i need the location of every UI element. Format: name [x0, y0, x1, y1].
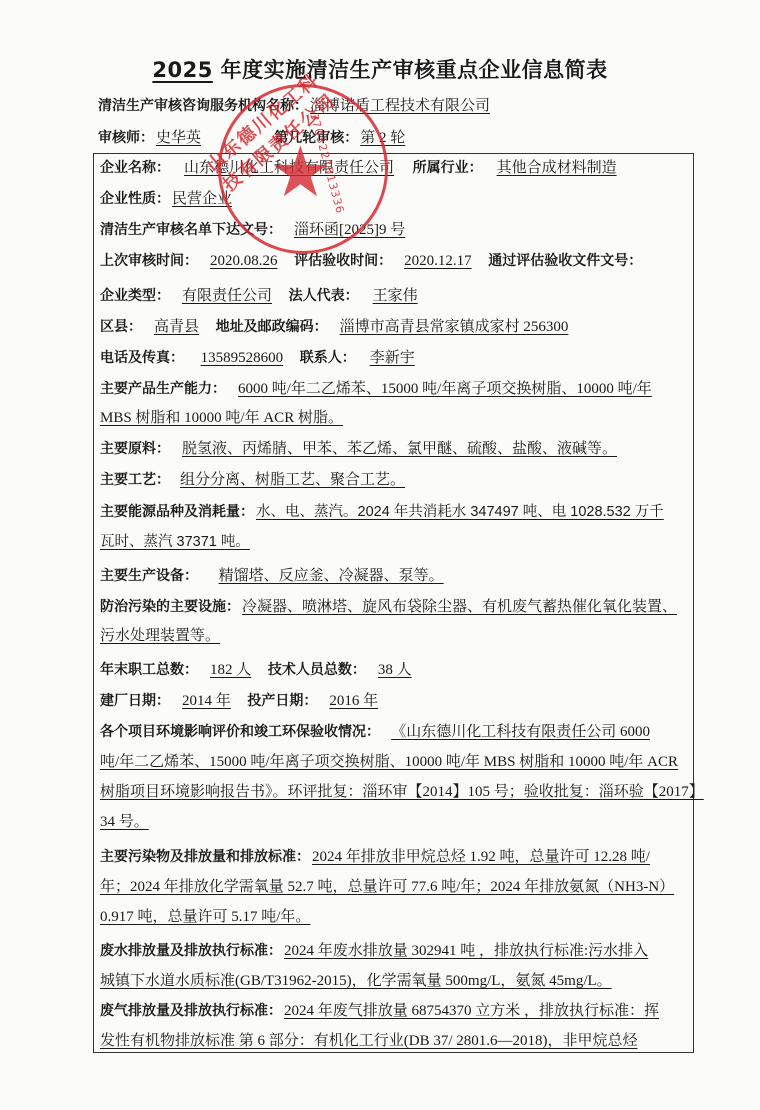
auditor-value: 史华英	[154, 130, 203, 146]
title-text: 年度实施清洁生产审核重点企业信息简表	[213, 58, 608, 82]
materials-row: 主要原料：脱氢液、丙烯腈、甲苯、苯乙烯、氯甲醚、硫酸、盐酸、液碱等。	[100, 439, 629, 459]
accept-time-label: 评估验收时间：	[294, 253, 392, 269]
pollution-facility-row-2: 污水处理装置等。	[100, 626, 232, 646]
industry: 其他合成材料制造	[483, 160, 631, 176]
pollutants-row: 主要污染物及排放量和排放标准：2024 年排放非甲烷总烃 1.92 吨，总量许可…	[100, 847, 652, 867]
legal-rep: 王家伟	[359, 288, 432, 304]
round-value: 第 2 轮	[358, 130, 407, 146]
equipment-label: 主要生产设备：	[100, 568, 198, 584]
tech-staff: 38 人	[366, 662, 424, 678]
energy-row: 主要能源品种及消耗量：水、电、蒸汽。2024 年共消耗水 347497 吨、电 …	[100, 502, 666, 522]
nature-label: 企业性质：	[100, 191, 170, 207]
tech-staff-label: 技术人员总数：	[268, 662, 366, 678]
process-row: 主要工艺：组分分离、树脂工艺、聚合工艺。	[100, 470, 415, 490]
operation: 2016 年	[317, 693, 390, 709]
equipment-row: 主要生产设备： 精馏塔、反应釜、冷凝器、泵等。	[100, 566, 460, 586]
phone-row: 电话及传真： 13589528600 联系人：李新宇	[100, 348, 429, 368]
company-row: 企业名称：山东德川化工科技有限责任公司 所属行业：其他合成材料制造	[100, 158, 631, 178]
wastewater-line-1: 2024 年废水排放量 302941 吨 ，排放执行标准:污水排入	[282, 943, 650, 959]
eia-line-4: 34 号。	[100, 814, 161, 830]
last-audit-label: 上次审核时间：	[100, 253, 198, 269]
agency-label: 清洁生产审核咨询服务机构名称：	[98, 98, 308, 114]
pollutants-line-3: 0.917 吨，总量许可 5.17 吨/年。	[100, 909, 322, 925]
audit-time-row: 上次审核时间：2020.08.26 评估验收时间：2020.12.17 通过评估…	[100, 251, 642, 271]
nature-row: 企业性质：民营企业	[100, 189, 234, 209]
document-title: 2025 年度实施清洁生产审核重点企业信息简表	[0, 54, 760, 84]
built: 2014 年	[170, 693, 243, 709]
capacity-line-1: 6000 吨/年二乙烯苯、15000 吨/年离子项交换树脂、10000 吨/年	[226, 381, 654, 397]
energy-label: 主要能源品种及消耗量：	[100, 504, 254, 520]
wastegas-row-2: 发性有机物排放标准 第 6 部分：有机化工行业(DB 37/ 2801.6—20…	[100, 1031, 638, 1051]
built-label: 建厂日期：	[100, 693, 170, 709]
energy-line-1: 水、电、蒸汽。2024 年共消耗水 347497 吨、电 1028.532 万千	[254, 504, 666, 520]
legal-rep-label: 法人代表：	[289, 288, 359, 304]
process: 组分分离、树脂工艺、聚合工艺。	[170, 472, 415, 488]
pollutants-row-3: 0.917 吨，总量许可 5.17 吨/年。	[100, 907, 322, 927]
round-label: 第几轮审核：	[274, 130, 358, 146]
process-label: 主要工艺：	[100, 472, 170, 488]
wastegas-row: 废气排放量及排放执行标准：2024 年废气排放量 68754370 立方米 ，排…	[100, 1001, 661, 1021]
materials: 脱氢液、丙烯腈、甲苯、苯乙烯、氯甲醚、硫酸、盐酸、液碱等。	[170, 441, 629, 457]
eia-row-3: 树脂项目环境影响报告书》。环评批复：淄环审【2014】105 号；验收批复：淄环…	[100, 782, 704, 802]
staff: 182 人	[198, 662, 263, 678]
wastewater-row: 废水排放量及排放执行标准：2024 年废水排放量 302941 吨 ，排放执行标…	[100, 941, 650, 961]
address-label: 地址及邮政编码：	[216, 319, 328, 335]
pollutants-label: 主要污染物及排放量和排放标准：	[100, 849, 310, 865]
staff-label: 年末职工总数：	[100, 662, 198, 678]
eia-line-2: 吨/年二乙烯苯、15000 吨/年离子项交换树脂、10000 吨/年 MBS 树…	[100, 754, 678, 770]
capacity-row-2: MBS 树脂和 10000 吨/年 ACR 树脂。	[100, 408, 359, 428]
info-table: 企业名称：山东德川化工科技有限责任公司 所属行业：其他合成材料制造 企业性质：民…	[93, 153, 694, 1053]
pollution-facility-line-2: 污水处理装置等。	[100, 628, 232, 644]
capacity-line-2: MBS 树脂和 10000 吨/年 ACR 树脂。	[100, 410, 359, 426]
contact-label: 联系人：	[300, 350, 356, 366]
pollution-facility-line-1: 冷凝器、喷淋塔、旋风布袋除尘器、有机废气蓄热催化氧化装置、	[240, 599, 679, 615]
address-row: 区县：高青县 地址及邮政编码：淄博市高青县常家镇成家村 256300	[100, 317, 580, 337]
list-doc-row: 清洁生产审核名单下达文号：淄环函[2025]9 号	[100, 220, 417, 240]
dates-row: 建厂日期：2014 年 投产日期：2016 年	[100, 691, 390, 711]
equipment: 精馏塔、反应釜、冷凝器、泵等。	[203, 568, 460, 584]
pollution-facility-row: 防治污染的主要设施：冷凝器、喷淋塔、旋风布袋除尘器、有机废气蓄热催化氧化装置、	[100, 597, 679, 617]
agency-row: 清洁生产审核咨询服务机构名称：淄博诺盾工程技术有限公司	[98, 96, 492, 116]
energy-line-2: 瓦时、蒸汽 37371 吨。	[100, 534, 254, 550]
wastegas-line-2: 发性有机物排放标准 第 6 部分：有机化工行业(DB 37/ 2801.6—20…	[100, 1033, 638, 1049]
pollution-facility-label: 防治污染的主要设施：	[100, 599, 240, 615]
list-doc-label: 清洁生产审核名单下达文号：	[100, 222, 282, 238]
title-year: 2025	[152, 58, 212, 82]
eia-line-3: 树脂项目环境影响报告书》。环评批复：淄环审【2014】105 号；验收批复：淄环…	[100, 784, 704, 800]
list-doc: 淄环函[2025]9 号	[282, 222, 417, 238]
industry-label: 所属行业：	[413, 160, 483, 176]
energy-row-2: 瓦时、蒸汽 37371 吨。	[100, 532, 254, 552]
county-label: 区县：	[100, 319, 142, 335]
eia-row: 各个项目环境影响评价和竣工环保验收情况： 《山东德川化工科技有限责任公司 600…	[100, 722, 652, 742]
eia-row-4: 34 号。	[100, 812, 161, 832]
type-row: 企业类型：有限责任公司 法人代表：王家伟	[100, 286, 432, 306]
wastewater-label: 废水排放量及排放执行标准：	[100, 943, 282, 959]
staff-row: 年末职工总数：182 人 技术人员总数：38 人	[100, 660, 424, 680]
capacity-row: 主要产品生产能力：6000 吨/年二乙烯苯、15000 吨/年离子项交换树脂、1…	[100, 379, 654, 399]
agency-value: 淄博诺盾工程技术有限公司	[308, 98, 492, 114]
type: 有限责任公司	[170, 288, 284, 304]
wastegas-line-1: 2024 年废气排放量 68754370 立方米 ，排放执行标准：挥	[282, 1003, 661, 1019]
phone: 13589528600	[189, 350, 296, 366]
materials-label: 主要原料：	[100, 441, 170, 457]
wastegas-label: 废气排放量及排放执行标准：	[100, 1003, 282, 1019]
pollutants-line-1: 2024 年排放非甲烷总烃 1.92 吨，总量许可 12.28 吨/	[310, 849, 652, 865]
phone-label: 电话及传真：	[100, 350, 184, 366]
county: 高青县	[142, 319, 211, 335]
address: 淄博市高青县常家镇成家村 256300	[328, 319, 581, 335]
contact: 李新宇	[356, 350, 429, 366]
nature: 民营企业	[170, 191, 234, 207]
type-label: 企业类型：	[100, 288, 170, 304]
eia-label: 各个项目环境影响评价和竣工环保验收情况：	[100, 724, 380, 740]
operation-label: 投产日期：	[247, 693, 317, 709]
wastewater-line-2: 城镇下水道水质标准(GB/T31962-2015)，化学需氧量 500mg/L，…	[100, 973, 618, 989]
accept-time: 2020.12.17	[392, 253, 484, 269]
eia-line-1: 《山东德川化工科技有限责任公司 6000	[389, 724, 652, 740]
capacity-label: 主要产品生产能力：	[100, 381, 226, 397]
auditor-row: 审核师：史华英 第几轮审核：第 2 轮	[98, 128, 407, 148]
last-audit: 2020.08.26	[198, 253, 290, 269]
eia-row-2: 吨/年二乙烯苯、15000 吨/年离子项交换树脂、10000 吨/年 MBS 树…	[100, 752, 678, 772]
pollutants-line-2: 年；2024 年排放化学需氧量 52.7 吨，总量许可 77.6 吨/年；202…	[100, 879, 674, 895]
pollutants-row-2: 年；2024 年排放化学需氧量 52.7 吨，总量许可 77.6 吨/年；202…	[100, 877, 674, 897]
auditor-label: 审核师：	[98, 130, 154, 146]
accept-doc-label: 通过评估验收文件文号：	[488, 253, 642, 269]
company-name-label: 企业名称：	[100, 160, 170, 176]
company-name: 山东德川化工科技有限责任公司	[170, 160, 408, 176]
wastewater-row-2: 城镇下水道水质标准(GB/T31962-2015)，化学需氧量 500mg/L，…	[100, 971, 618, 991]
